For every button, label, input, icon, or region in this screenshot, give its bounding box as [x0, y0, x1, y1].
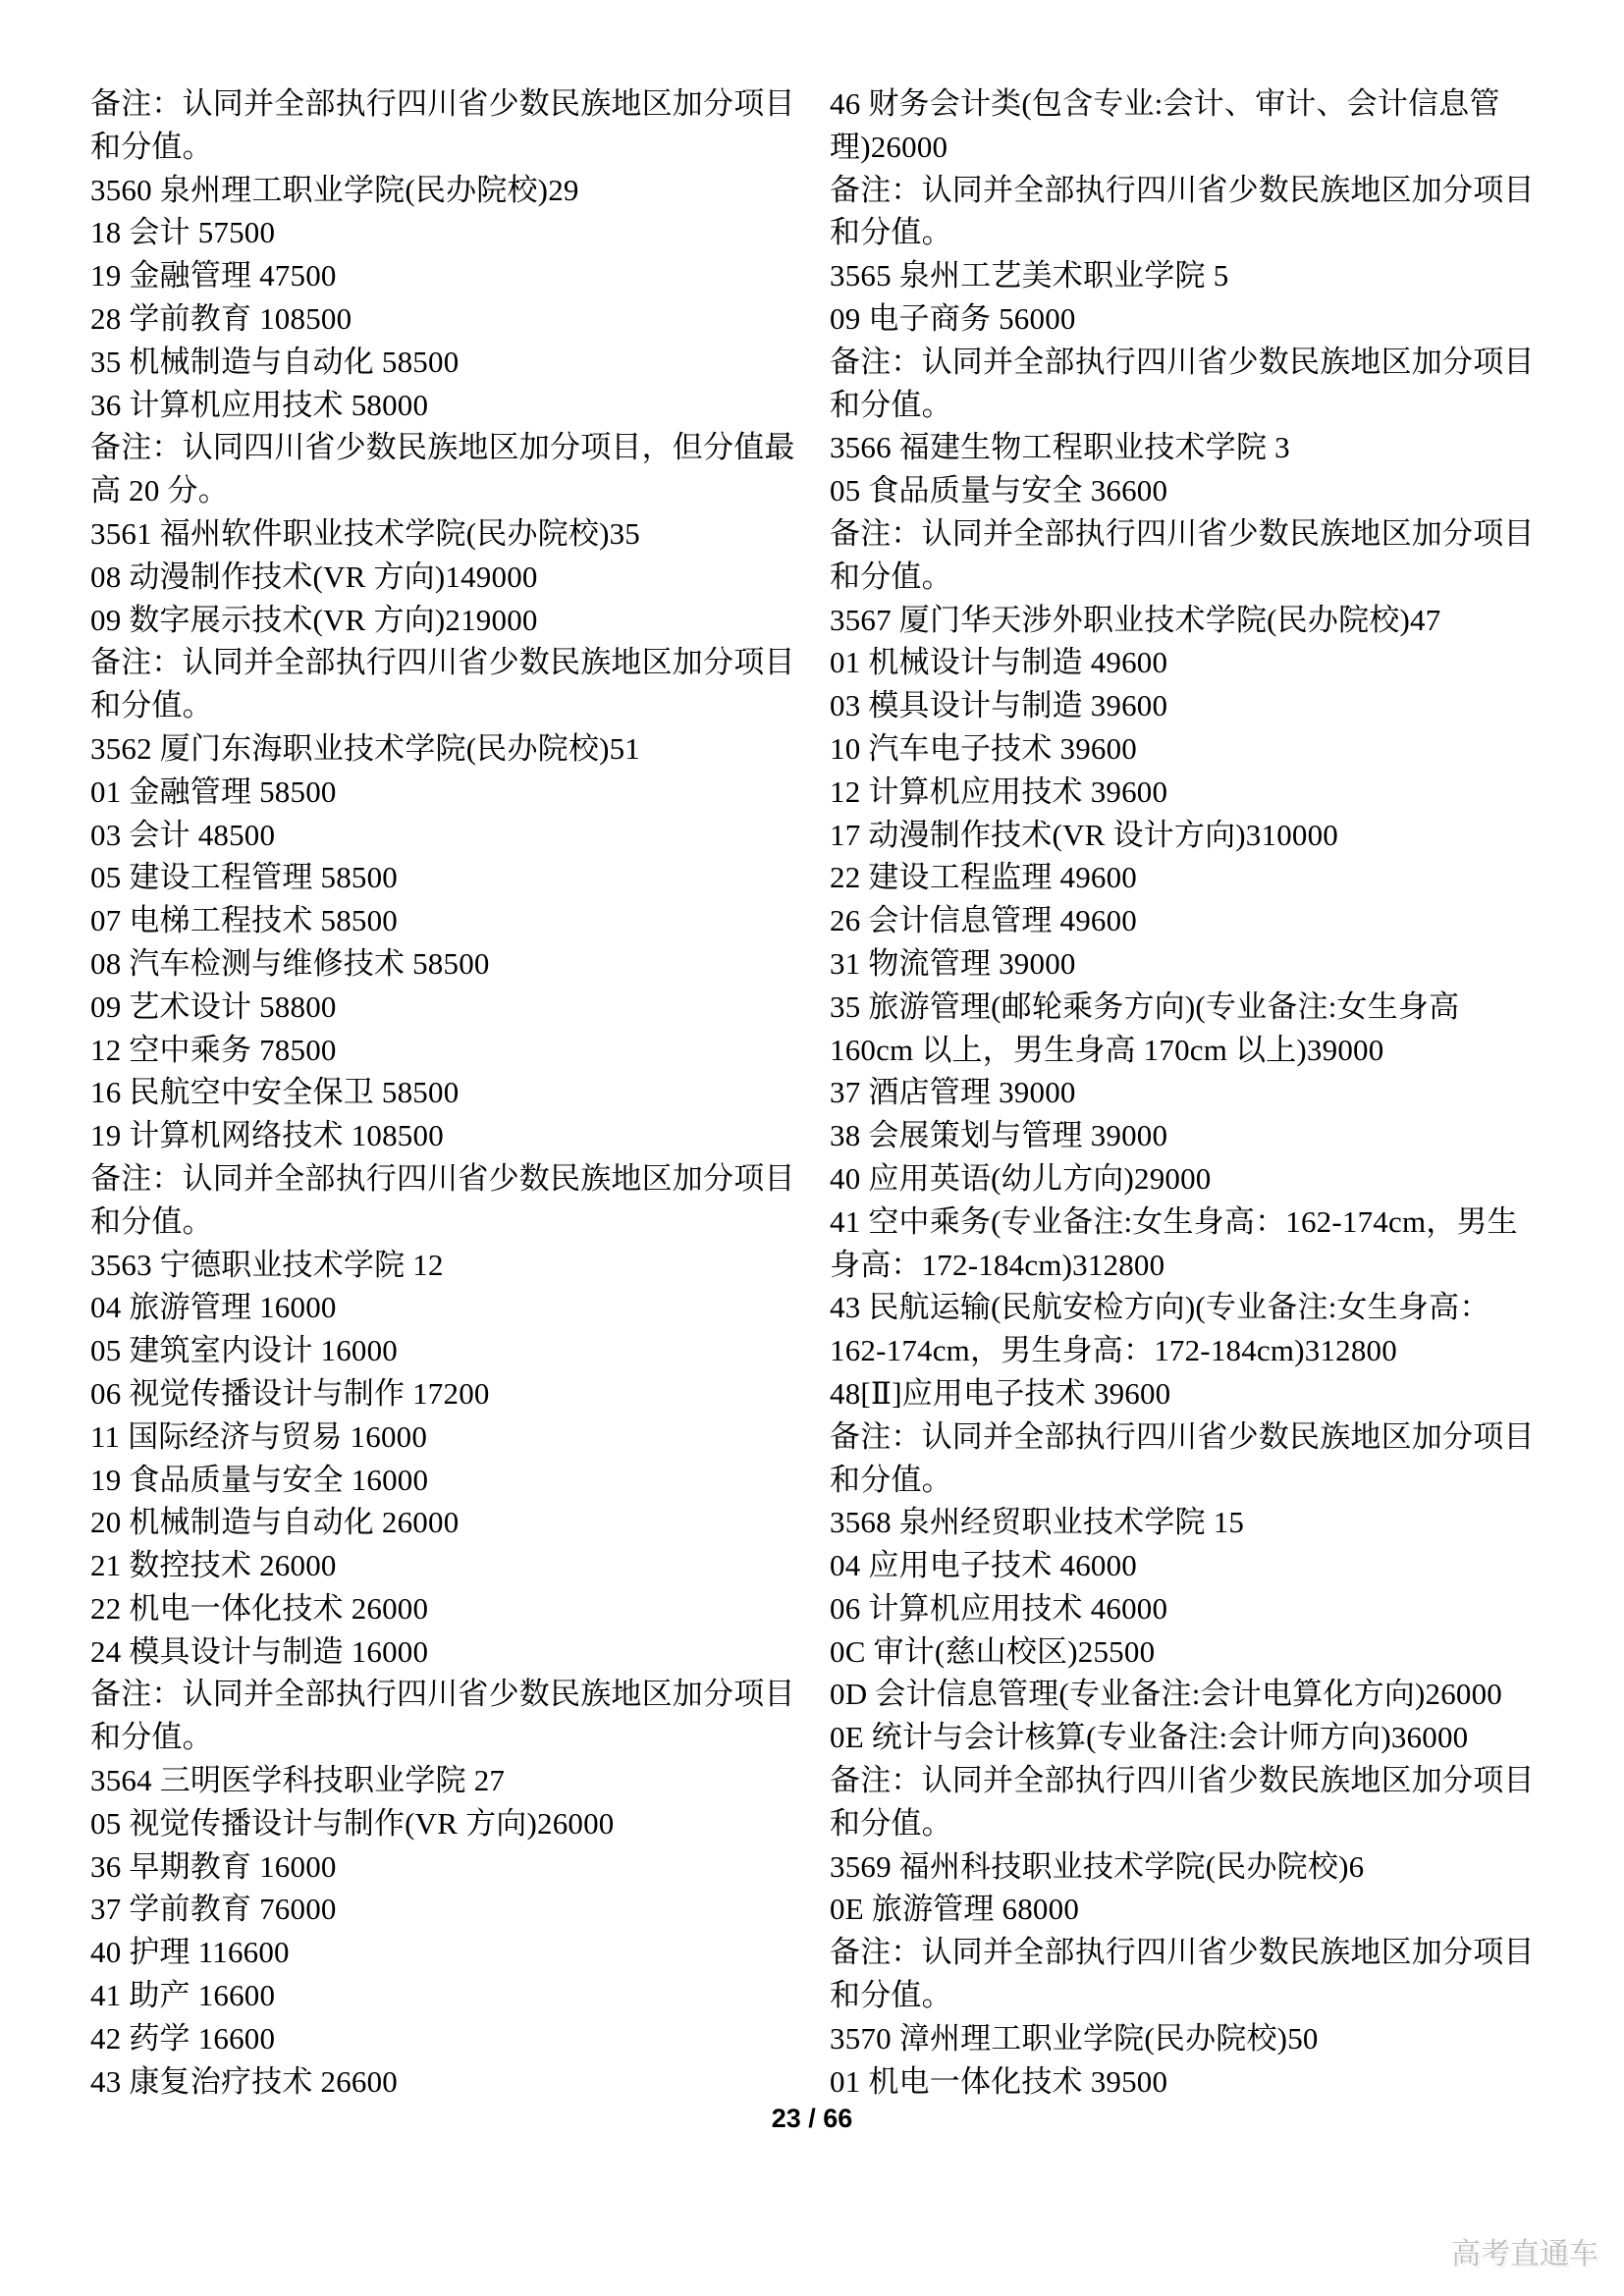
text-line: 24 模具设计与制造 16000: [90, 1630, 799, 1674]
right-column: 46 财务会计类(包含专业:会计、审计、会计信息管理)26000备注：认同并全部…: [830, 82, 1551, 2103]
text-line: 19 计算机网络技术 108500: [90, 1114, 799, 1157]
text-line: 07 电梯工程技术 58500: [90, 899, 799, 942]
text-line: 38 会展策划与管理 39000: [830, 1114, 1551, 1157]
text-line: 01 机电一体化技术 39500: [830, 2060, 1551, 2104]
text-line: 理)26000: [830, 126, 1551, 169]
text-line: 06 计算机应用技术 46000: [830, 1587, 1551, 1630]
document-page: 备注：认同并全部执行四川省少数民族地区加分项目和分值。3560 泉州理工职业学院…: [0, 0, 1624, 2296]
text-line: 3564 三明医学科技职业学院 27: [90, 1759, 799, 1802]
text-line: 06 视觉传播设计与制作 17200: [90, 1372, 799, 1415]
text-line: 3562 厦门东海职业技术学院(民办院校)51: [90, 727, 799, 771]
watermark: 高考直通车: [1451, 2238, 1598, 2271]
text-line: 17 动漫制作技术(VR 设计方向)310000: [830, 814, 1551, 857]
text-line: 和分值。: [830, 384, 1551, 427]
text-line: 04 应用电子技术 46000: [830, 1544, 1551, 1587]
text-line: 0D 会计信息管理(专业备注:会计电算化方向)26000: [830, 1673, 1551, 1716]
text-line: 和分值。: [90, 126, 799, 169]
text-line: 备注：认同并全部执行四川省少数民族地区加分项目: [90, 82, 799, 126]
text-line: 0E 统计与会计核算(专业备注:会计师方向)36000: [830, 1716, 1551, 1759]
text-line: 04 旅游管理 16000: [90, 1286, 799, 1329]
text-line: 28 学前教育 108500: [90, 297, 799, 341]
text-line: 3565 泉州工艺美术职业学院 5: [830, 254, 1551, 297]
text-line: 备注：认同并全部执行四川省少数民族地区加分项目: [830, 341, 1551, 384]
text-line: 高 20 分。: [90, 469, 799, 512]
text-line: 05 视觉传播设计与制作(VR 方向)26000: [90, 1802, 799, 1845]
text-line: 备注：认同四川省少数民族地区加分项目，但分值最: [90, 426, 799, 469]
text-line: 05 食品质量与安全 36600: [830, 469, 1551, 512]
text-line: 162-174cm，男生身高：172-184cm)312800: [830, 1329, 1551, 1372]
text-line: 40 应用英语(幼儿方向)29000: [830, 1157, 1551, 1201]
text-line: 09 艺术设计 58800: [90, 986, 799, 1029]
text-line: 35 机械制造与自动化 58500: [90, 341, 799, 384]
text-line: 36 计算机应用技术 58000: [90, 384, 799, 427]
text-line: 18 会计 57500: [90, 211, 799, 254]
text-line: 和分值。: [90, 1201, 799, 1244]
text-line: 12 计算机应用技术 39600: [830, 771, 1551, 814]
text-line: 16 民航空中安全保卫 58500: [90, 1071, 799, 1114]
text-line: 01 金融管理 58500: [90, 771, 799, 814]
text-line: 3566 福建生物工程职业技术学院 3: [830, 426, 1551, 469]
text-line: 48[Ⅱ]应用电子技术 39600: [830, 1372, 1551, 1415]
text-line: 37 学前教育 76000: [90, 1888, 799, 1931]
text-line: 22 建设工程监理 49600: [830, 856, 1551, 899]
text-line: 35 旅游管理(邮轮乘务方向)(专业备注:女生身高: [830, 986, 1551, 1029]
text-line: 3567 厦门华天涉外职业技术学院(民办院校)47: [830, 599, 1551, 642]
text-line: 备注：认同并全部执行四川省少数民族地区加分项目: [830, 1759, 1551, 1802]
text-line: 备注：认同并全部执行四川省少数民族地区加分项目: [830, 1415, 1551, 1459]
text-line: 备注：认同并全部执行四川省少数民族地区加分项目: [830, 169, 1551, 212]
text-line: 09 数字展示技术(VR 方向)219000: [90, 599, 799, 642]
text-line: 和分值。: [830, 556, 1551, 599]
text-line: 19 金融管理 47500: [90, 254, 799, 297]
text-line: 37 酒店管理 39000: [830, 1071, 1551, 1114]
text-line: 身高：172-184cm)312800: [830, 1244, 1551, 1287]
text-line: 22 机电一体化技术 26000: [90, 1587, 799, 1630]
text-line: 和分值。: [830, 1802, 1551, 1845]
text-line: 21 数控技术 26000: [90, 1544, 799, 1587]
text-line: 40 护理 116600: [90, 1931, 799, 1974]
text-line: 3561 福州软件职业技术学院(民办院校)35: [90, 512, 799, 556]
text-line: 备注：认同并全部执行四川省少数民族地区加分项目: [830, 512, 1551, 556]
text-line: 01 机械设计与制造 49600: [830, 641, 1551, 684]
text-line: 11 国际经济与贸易 16000: [90, 1415, 799, 1459]
text-line: 备注：认同并全部执行四川省少数民族地区加分项目: [90, 1673, 799, 1716]
text-line: 3570 漳州理工职业学院(民办院校)50: [830, 2017, 1551, 2060]
text-line: 05 建筑室内设计 16000: [90, 1329, 799, 1372]
text-line: 31 物流管理 39000: [830, 942, 1551, 986]
text-line: 26 会计信息管理 49600: [830, 899, 1551, 942]
text-line: 41 空中乘务(专业备注:女生身高：162-174cm，男生: [830, 1201, 1551, 1244]
text-line: 09 电子商务 56000: [830, 297, 1551, 341]
left-column: 备注：认同并全部执行四川省少数民族地区加分项目和分值。3560 泉州理工职业学院…: [90, 82, 799, 2103]
text-line: 43 康复治疗技术 26600: [90, 2060, 799, 2104]
text-line: 和分值。: [90, 1716, 799, 1759]
text-line: 和分值。: [830, 211, 1551, 254]
text-line: 3569 福州科技职业技术学院(民办院校)6: [830, 1845, 1551, 1889]
text-line: 3563 宁德职业技术学院 12: [90, 1244, 799, 1287]
text-line: 36 早期教育 16000: [90, 1845, 799, 1889]
text-line: 和分值。: [830, 1459, 1551, 1502]
text-line: 42 药学 16600: [90, 2017, 799, 2060]
text-line: 和分值。: [90, 684, 799, 727]
text-line: 08 动漫制作技术(VR 方向)149000: [90, 556, 799, 599]
text-line: 备注：认同并全部执行四川省少数民族地区加分项目: [90, 1157, 799, 1201]
text-line: 05 建设工程管理 58500: [90, 856, 799, 899]
text-line: 03 会计 48500: [90, 814, 799, 857]
text-line: 19 食品质量与安全 16000: [90, 1459, 799, 1502]
text-line: 0E 旅游管理 68000: [830, 1888, 1551, 1931]
text-line: 10 汽车电子技术 39600: [830, 727, 1551, 771]
page-number: 23 / 66: [0, 2104, 1624, 2133]
text-line: 备注：认同并全部执行四川省少数民族地区加分项目: [830, 1931, 1551, 1974]
text-line: 08 汽车检测与维修技术 58500: [90, 942, 799, 986]
text-line: 3568 泉州经贸职业技术学院 15: [830, 1501, 1551, 1544]
text-line: 20 机械制造与自动化 26000: [90, 1501, 799, 1544]
text-line: 160cm 以上，男生身高 170cm 以上)39000: [830, 1029, 1551, 1072]
text-line: 0C 审计(慈山校区)25500: [830, 1630, 1551, 1674]
text-line: 12 空中乘务 78500: [90, 1029, 799, 1072]
text-line: 41 助产 16600: [90, 1974, 799, 2017]
text-line: 备注：认同并全部执行四川省少数民族地区加分项目: [90, 641, 799, 684]
text-line: 43 民航运输(民航安检方向)(专业备注:女生身高：: [830, 1286, 1551, 1329]
text-line: 03 模具设计与制造 39600: [830, 684, 1551, 727]
text-line: 和分值。: [830, 1974, 1551, 2017]
text-line: 3560 泉州理工职业学院(民办院校)29: [90, 169, 799, 212]
text-line: 46 财务会计类(包含专业:会计、审计、会计信息管: [830, 82, 1551, 126]
